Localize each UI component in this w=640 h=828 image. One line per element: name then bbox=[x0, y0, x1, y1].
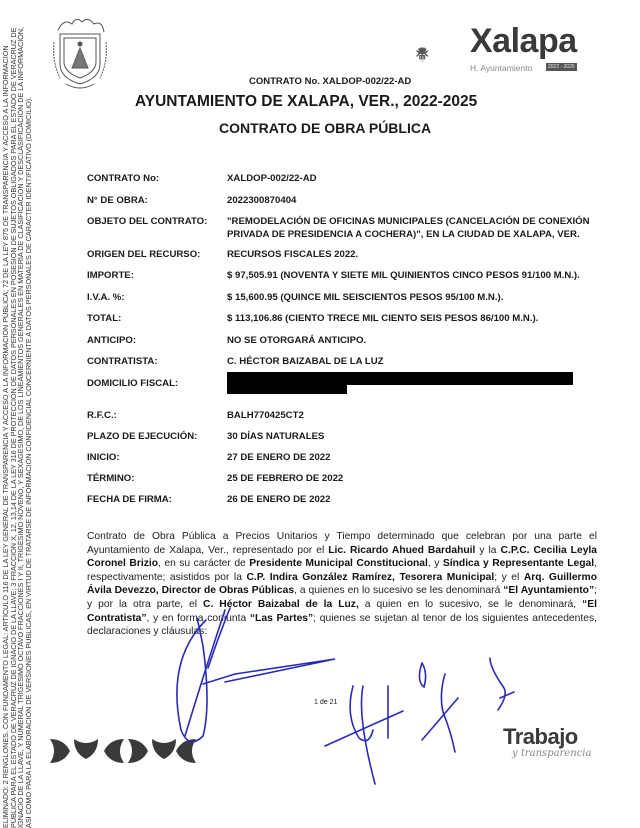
brand-trabajo: Trabajo bbox=[503, 724, 578, 750]
side-note-line: IGNACIO DE LA LLAVE, Y NUMERAL TRIGÉSIMO… bbox=[17, 0, 25, 828]
field-label: CONTRATO No: bbox=[87, 173, 159, 184]
field-value: BALH770425CT2 bbox=[227, 410, 592, 423]
field-value: $ 15,600.95 (QUINCE MIL SEISCIENTOS PESO… bbox=[227, 292, 592, 305]
field-label: OBJETO DEL CONTRATO: bbox=[87, 216, 207, 227]
field-label: ORIGEN DEL RECURSO: bbox=[87, 249, 200, 260]
field-label: DOMICILIO FISCAL: bbox=[87, 378, 178, 389]
page-number: 1 de 21 bbox=[314, 699, 337, 706]
redaction-bar bbox=[227, 372, 573, 385]
text-segment: y la bbox=[475, 545, 500, 556]
field-label: IMPORTE: bbox=[87, 270, 134, 281]
bold-segment: “El Ayuntamiento” bbox=[503, 585, 594, 596]
brand-transparencia: y transparencia bbox=[512, 748, 591, 759]
redaction-bar bbox=[227, 385, 347, 394]
field-label: FECHA DE FIRMA: bbox=[87, 494, 172, 505]
coat-of-arms-icon bbox=[50, 12, 110, 92]
field-label: ANTICIPO: bbox=[87, 335, 136, 346]
field-value: "REMODELACIÓN DE OFICINAS MUNICIPALES (C… bbox=[227, 216, 592, 241]
page-subtitle: CONTRATO DE OBRA PÚBLICA bbox=[219, 120, 431, 136]
text-segment: ; y el bbox=[494, 572, 524, 583]
field-value: NO SE OTORGARÁ ANTICIPO. bbox=[227, 335, 592, 348]
text-segment: , a quienes en lo sucesivo se les denomi… bbox=[294, 585, 503, 596]
legal-redaction-note: ELIMINADO: 2 RENGLONES. CON FUNDAMENTO L… bbox=[2, 0, 42, 828]
field-label: CONTRATISTA: bbox=[87, 356, 158, 367]
field-value: 30 DÍAS NATURALES bbox=[227, 431, 592, 444]
field-value: $ 97,505.91 (NOVENTA Y SIETE MIL QUINIEN… bbox=[227, 270, 592, 283]
text-segment: a quien en lo sucesivo, se le denominará… bbox=[359, 599, 582, 610]
field-value: C. HÉCTOR BAIZABAL DE LA LUZ bbox=[227, 356, 592, 369]
logo-subtitle: H. Ayuntamiento bbox=[470, 63, 532, 73]
bold-segment: Síndica y Representante Legal bbox=[443, 558, 594, 569]
field-label: TÉRMINO: bbox=[87, 473, 134, 484]
field-value: RECURSOS FISCALES 2022. bbox=[227, 249, 592, 262]
bold-segment: Lic. Ricardo Ahued Bardahuil bbox=[328, 545, 475, 556]
text-segment: , y en forma conjunta bbox=[147, 613, 250, 624]
logo-years: 2022 - 2025 bbox=[546, 63, 577, 71]
field-label: PLAZO DE EJECUCIÓN: bbox=[87, 431, 197, 442]
bold-segment: “Las Partes” bbox=[250, 613, 313, 624]
field-label: N° DE OBRA: bbox=[87, 195, 148, 206]
field-value: $ 113,106.86 (CIENTO TRECE MIL CIENTO SE… bbox=[227, 313, 592, 326]
side-note-line: PÚBLICA PARA EL ESTADO DE VERACRUZ DE IG… bbox=[10, 0, 18, 828]
bold-segment: C.P. Indira González Ramírez, Tesorera M… bbox=[246, 572, 494, 583]
side-note-line: ELIMINADO: 2 RENGLONES. CON FUNDAMENTO L… bbox=[2, 0, 10, 828]
logo-name: Xalapa bbox=[470, 22, 577, 61]
field-label: I.V.A. %: bbox=[87, 292, 125, 303]
bold-segment: C. Héctor Baizabal de la Luz, bbox=[203, 599, 359, 610]
field-value: 26 DE ENERO DE 2022 bbox=[227, 494, 592, 507]
field-value: 2022300870404 bbox=[227, 195, 592, 208]
side-note-line: ASÍ COMO PARA LA ELABORACIÓN DE VERSIONE… bbox=[25, 0, 33, 828]
field-value: 25 DE FEBRERO DE 2022 bbox=[227, 473, 592, 486]
bold-segment: Presidente Municipal Constitucional bbox=[249, 558, 428, 569]
text-segment: , y bbox=[428, 558, 443, 569]
page-title: AYUNTAMIENTO DE XALAPA, VER., 2022-2025 bbox=[0, 93, 640, 111]
header-contract-number: CONTRATO No. XALDOP-002/22-AD bbox=[249, 76, 411, 87]
decorative-pattern-icon bbox=[48, 735, 198, 767]
field-label: INICIO: bbox=[87, 452, 120, 463]
contract-preamble: Contrato de Obra Pública a Precios Unita… bbox=[87, 530, 597, 639]
text-segment: , en su carácter de bbox=[158, 558, 249, 569]
field-label: TOTAL: bbox=[87, 313, 121, 324]
field-value: 27 DE ENERO DE 2022 bbox=[227, 452, 592, 465]
field-value: XALDOP-002/22-AD bbox=[227, 173, 592, 186]
field-label: R.F.C.: bbox=[87, 410, 117, 421]
xalapa-logo-icon bbox=[414, 28, 470, 80]
